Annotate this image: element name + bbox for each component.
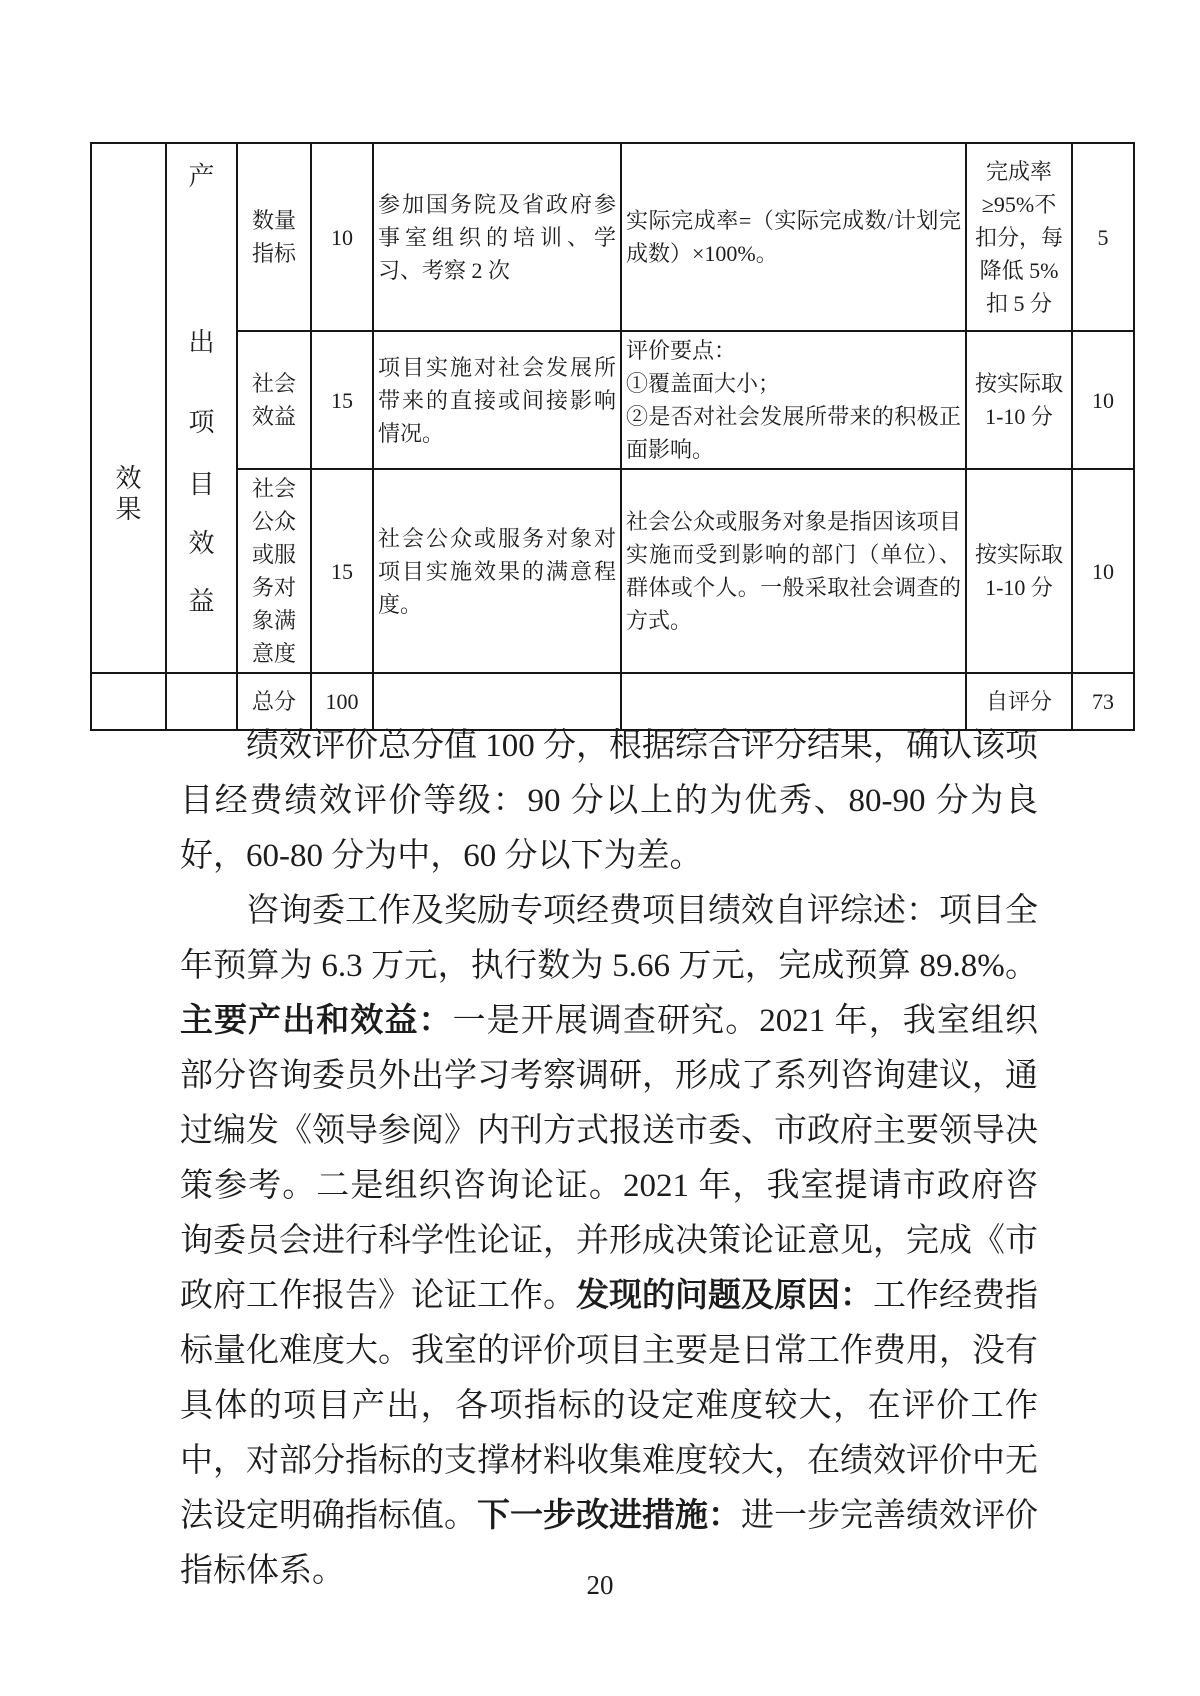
evaluation-criteria-cell: 实际完成率=（实际完成数/计划完成数）×100%。 — [621, 143, 966, 331]
indicator-description-cell: 社会公众或服务对象对项目实施效果的满意程度。 — [373, 469, 621, 673]
performance-indicator-table: 效果 产 出 项 目 效 益 数量指标 10 参加国务院及省政府参事室组织的培训… — [90, 142, 1135, 731]
document-page: { "table": { "category_col1": "效果", "cat… — [0, 0, 1200, 1696]
scoring-rule-cell: 按实际取 1-10 分 — [966, 469, 1072, 673]
score-cell: 5 — [1072, 143, 1134, 331]
scoring-rule-cell: 完成率≥95%不扣分，每降低 5%扣 5 分 — [966, 143, 1072, 331]
indicator-weight-cell: 15 — [311, 469, 373, 673]
category-char: 出 — [171, 329, 232, 357]
evaluation-criteria-cell: 社会公众或服务对象是指因该项目实施而受到影响的部门（单位）、群体或个人。一般采取… — [621, 469, 966, 673]
empty-cell — [91, 673, 166, 730]
category-char: 项 — [171, 409, 232, 437]
category-char: 益 — [171, 588, 232, 616]
indicator-name-cell: 社会效益 — [237, 331, 311, 469]
indicator-weight-cell: 15 — [311, 331, 373, 469]
evaluation-criteria-cell: 评价要点： ①覆盖面大小； ②是否对社会发展所带来的积极正面影响。 — [621, 331, 966, 469]
level1-category-wrap: 效果 — [96, 156, 161, 661]
level1-category-cell: 效果 — [91, 143, 166, 673]
indicator-weight-cell: 10 — [311, 143, 373, 331]
level2-category-cell: 产 出 项 目 效 益 — [166, 143, 237, 673]
page-number: 20 — [0, 1570, 1200, 1601]
level1-category-label: 效果 — [96, 463, 161, 527]
score-cell: 10 — [1072, 331, 1134, 469]
table-row-public-satisfaction: 社会公众或服务对象满意度 15 社会公众或服务对象对项目实施效果的满意程度。 社… — [91, 469, 1134, 673]
indicator-name-cell: 数量指标 — [237, 143, 311, 331]
level2-category-wrap: 产 出 项 目 效 益 — [171, 156, 232, 661]
category-char: 产 — [171, 163, 232, 191]
score-cell: 10 — [1072, 469, 1134, 673]
table-row-social-benefit: 社会效益 15 项目实施对社会发展所带来的直接或间接影响情况。 评价要点： ①覆… — [91, 331, 1134, 469]
paragraph-grading-scale: 绩效评价总分值 100 分，根据综合评分结果，确认该项目经费绩效评价等级：90 … — [180, 719, 1038, 884]
category-char: 目 — [171, 471, 232, 499]
body-text: 绩效评价总分值 100 分，根据综合评分结果，确认该项目经费绩效评价等级：90 … — [180, 719, 1038, 1599]
indicator-description-cell: 项目实施对社会发展所带来的直接或间接影响情况。 — [373, 331, 621, 469]
category-char: 效 — [171, 530, 232, 558]
scoring-rule-cell: 按实际取 1-10 分 — [966, 331, 1072, 469]
indicator-description-cell: 参加国务院及省政府参事室组织的培训、学习、考察 2 次 — [373, 143, 621, 331]
table-row-quantity-indicator: 效果 产 出 项 目 效 益 数量指标 10 参加国务院及省政府参事室组织的培训… — [91, 143, 1134, 331]
indicator-name-cell: 社会公众或服务对象满意度 — [237, 469, 311, 673]
self-rating-value-cell: 73 — [1072, 673, 1134, 730]
paragraph-self-evaluation-summary: 咨询委工作及奖励专项经费项目绩效自评综述：项目全年预算为 6.3 万元，执行数为… — [180, 884, 1038, 1599]
